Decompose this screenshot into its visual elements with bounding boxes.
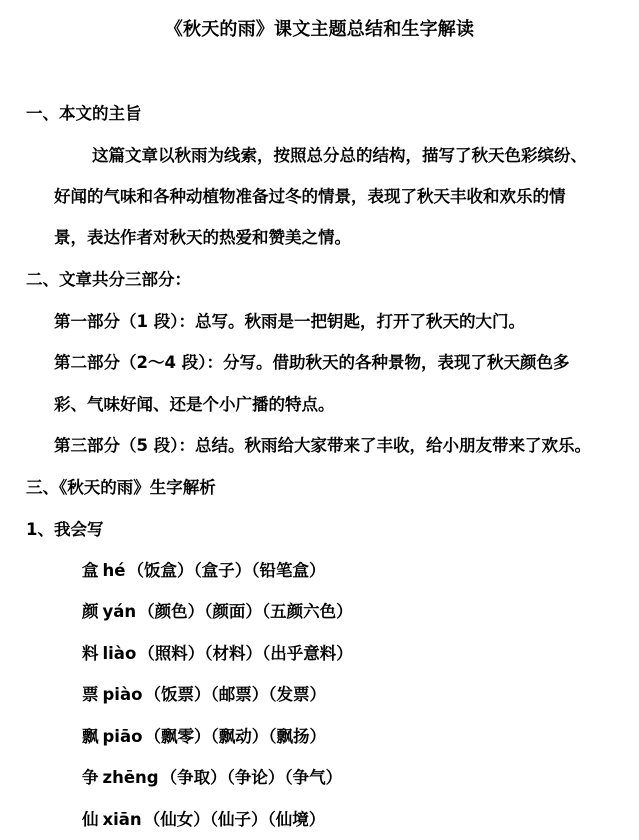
- vocab-words: （饭盒）（盒子）（铅笔盒）: [127, 561, 325, 580]
- section-heading-structure: 二、文章共分三部分：: [26, 269, 191, 291]
- vocab-item: 盒hé（饭盒）（盒子）（铅笔盒）: [82, 560, 325, 582]
- section-heading-vocab: 三、《秋天的雨》生字解析: [26, 477, 216, 499]
- vocab-pinyin: zhēng: [103, 768, 159, 787]
- vocab-item: 票piào（饭票）（邮票）（发票）: [82, 684, 326, 706]
- vocab-pinyin: piāo: [103, 727, 143, 746]
- vocab-words: （仙女）（仙子）（仙境）: [144, 810, 326, 829]
- vocab-words: （饭票）（邮票）（发票）: [144, 685, 326, 704]
- vocab-item: 争zhēng（争取）（争论）（争气）: [82, 767, 342, 789]
- vocab-item: 料liào（照料）（材料）（出乎意料）: [82, 643, 353, 665]
- vocab-char: 颜: [82, 602, 99, 621]
- vocab-char: 飘: [82, 727, 99, 746]
- paragraph-line-1: 这篇文章以秋雨为线索，按照总分总的结构，描写了秋天色彩缤纷、: [92, 145, 587, 167]
- section-heading-main-idea: 一、本文的主旨: [26, 103, 142, 125]
- vocab-char: 料: [82, 644, 99, 663]
- part-one: 第一部分（1 段）：总写。秋雨是一把钥匙，打开了秋天的大门。: [54, 311, 525, 333]
- document-title: 《秋天的雨》课文主题总结和生字解读: [0, 18, 639, 42]
- part-three: 第三部分（5 段）：总结。秋雨给大家带来了丰收，给小朋友带来了欢乐。: [54, 435, 591, 457]
- vocab-item: 仙xiān（仙女）（仙子）（仙境）: [82, 809, 325, 831]
- document-page: 《秋天的雨》课文主题总结和生字解读 一、本文的主旨 这篇文章以秋雨为线索，按照总…: [0, 0, 639, 840]
- vocab-char: 仙: [82, 810, 99, 829]
- vocab-pinyin: yán: [103, 602, 137, 621]
- vocab-pinyin: hé: [103, 561, 126, 580]
- vocab-char: 盒: [82, 561, 99, 580]
- vocab-words: （飘零）（飘动）（飘扬）: [144, 727, 326, 746]
- paragraph-line-3: 景，表达作者对秋天的热爱和赞美之情。: [54, 227, 351, 249]
- vocab-char: 票: [82, 685, 99, 704]
- paragraph-line-2: 好闻的气味和各种动植物准备过冬的情景，表现了秋天丰收和欢乐的情: [54, 186, 566, 208]
- vocab-item: 颜yán（颜色）（颜面）（五颜六色）: [82, 601, 353, 623]
- subheading-can-write: 1、我会写: [26, 519, 103, 541]
- vocab-words: （颜色）（颜面）（五颜六色）: [138, 602, 353, 621]
- vocab-char: 争: [82, 768, 99, 787]
- part-two-line-2: 彩、气味好闻、还是个小广播的特点。: [54, 394, 335, 416]
- vocab-pinyin: xiān: [103, 810, 142, 829]
- vocab-pinyin: liào: [103, 644, 137, 663]
- vocab-item: 飘piāo（飘零）（飘动）（飘扬）: [82, 726, 326, 748]
- vocab-words: （争取）（争论）（争气）: [161, 768, 343, 787]
- vocab-pinyin: piào: [103, 685, 143, 704]
- part-two-line-1: 第二部分（2～4 段）：分写。借助秋天的各种景物，表现了秋天颜色多: [54, 352, 569, 374]
- vocab-words: （照料）（材料）（出乎意料）: [138, 644, 353, 663]
